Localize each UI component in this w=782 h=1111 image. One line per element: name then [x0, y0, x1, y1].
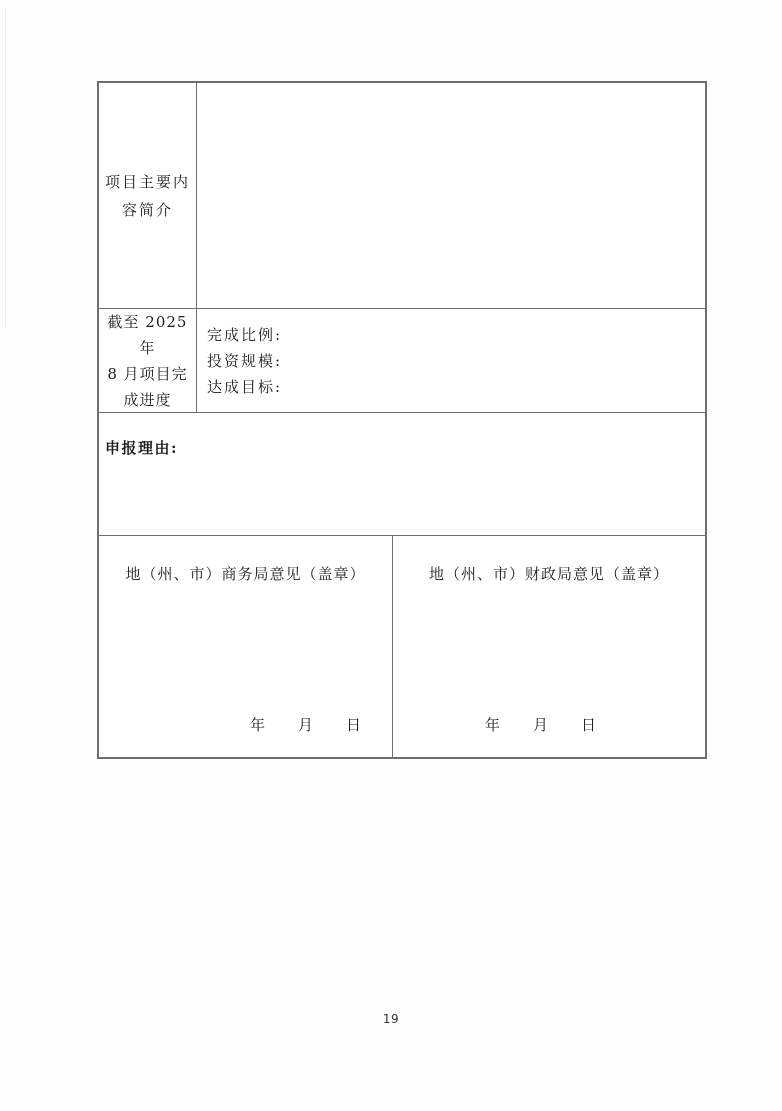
- page-number: 19: [0, 1012, 782, 1026]
- project-intro-label-line-1: 项目主要内: [105, 168, 190, 196]
- progress-row: 截至 2025 年 8 月项目完 成进度 完成比例: 投资规模: 达成目标:: [99, 309, 705, 413]
- document-page: 项目主要内 容简介 截至 2025 年 8 月项目完 成进度 完成比例: 投资规…: [0, 0, 782, 1111]
- finance-bureau-opinion-cell: 地（州、市）财政局意见（盖章） 年 月 日: [393, 536, 705, 757]
- progress-label-line-1: 截至 2025 年: [99, 309, 196, 361]
- commerce-bureau-date-line: 年 月 日: [250, 714, 362, 735]
- project-intro-row: 项目主要内 容简介: [99, 83, 705, 309]
- declaration-reason-label: 申报理由:: [105, 437, 695, 458]
- progress-label-line-2: 8 月项目完: [107, 361, 187, 387]
- progress-content-cell: 完成比例: 投资规模: 达成目标:: [197, 309, 705, 412]
- project-intro-label-cell: 项目主要内 容简介: [99, 83, 197, 308]
- progress-investment-scale-label: 投资规模:: [207, 348, 705, 374]
- progress-label-cell: 截至 2025 年 8 月项目完 成进度: [99, 309, 197, 412]
- finance-bureau-date-line: 年 月 日: [485, 714, 597, 735]
- finance-bureau-opinion-title: 地（州、市）财政局意见（盖章）: [393, 563, 705, 584]
- declaration-reason-row: 申报理由:: [99, 413, 705, 536]
- commerce-bureau-opinion-title: 地（州、市）商务局意见（盖章）: [99, 563, 392, 584]
- progress-label-line-3: 成进度: [123, 387, 171, 413]
- progress-achieved-goal-label: 达成目标:: [207, 374, 705, 400]
- commerce-bureau-opinion-cell: 地（州、市）商务局意见（盖章） 年 月 日: [99, 536, 393, 757]
- project-intro-content-cell: [197, 83, 705, 308]
- project-intro-label-line-2: 容简介: [122, 196, 173, 224]
- opinions-row: 地（州、市）商务局意见（盖章） 年 月 日 地（州、市）财政局意见（盖章） 年 …: [99, 536, 705, 757]
- application-form-table: 项目主要内 容简介 截至 2025 年 8 月项目完 成进度 完成比例: 投资规…: [97, 81, 707, 759]
- progress-completion-ratio-label: 完成比例:: [207, 322, 705, 348]
- scan-edge-artifact: [5, 8, 6, 328]
